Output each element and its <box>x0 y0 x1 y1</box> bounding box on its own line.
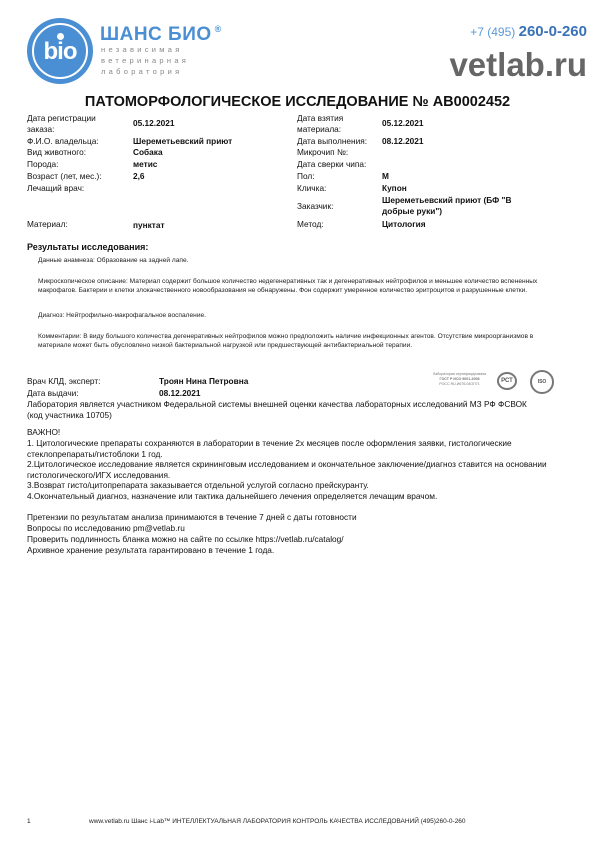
phone-number[interactable]: +7 (495) 260-0-260 <box>470 23 587 40</box>
questions-email[interactable]: Вопросы по исследованию pm@vetlab.ru <box>27 523 572 534</box>
label-age: Возраст (лет, мес.): <box>27 171 102 182</box>
site-link[interactable]: vetlab.ru <box>449 46 587 84</box>
brand-name-text: ШАНС БИО <box>100 24 212 45</box>
logo-text: bio <box>27 40 93 64</box>
value-issue-date: 08.12.2021 <box>159 388 201 399</box>
label-issue-date: Дата выдачи: <box>27 388 79 399</box>
brand-subtitle-3: лаборатория <box>101 67 182 76</box>
label-registration-date: Дата регистрации заказа: <box>27 113 117 134</box>
label-chip-check-date: Дата сверки чипа: <box>297 159 366 170</box>
label-completion-date: Дата выполнения: <box>297 136 367 147</box>
bio-logo: bio <box>27 18 93 84</box>
claims-period: Претензии по результатам анализа принима… <box>27 512 572 523</box>
phone-main: 260-0-260 <box>519 23 587 40</box>
important-heading: ВАЖНО! <box>27 427 572 438</box>
value-sex: М <box>382 171 389 182</box>
important-item-2: 2.Цитологическое исследование является с… <box>27 459 572 480</box>
value-owner: Шереметьевский приют <box>133 136 232 147</box>
value-material: пунктат <box>133 220 165 231</box>
comments-text: Комментарии: В виду большого количества … <box>38 332 558 350</box>
value-sample-date: 05.12.2021 <box>382 118 424 129</box>
important-item-3: 3.Возврат гисто/цитопрепарата заказывает… <box>27 480 572 491</box>
important-item-1: 1. Цитологические препараты сохраняются … <box>27 438 572 459</box>
certification-text: Лаборатория сертифицирована ГОСТ Р ИСО 9… <box>427 372 492 387</box>
value-expert: Троян Нина Петровна <box>159 376 248 387</box>
label-sample-date: Дата взятия материала: <box>297 113 377 134</box>
brand-subtitle-2: ветеринарная <box>101 56 189 65</box>
label-expert: Врач КЛД, эксперт: <box>27 376 100 387</box>
label-method: Метод: <box>297 219 324 230</box>
diagnosis-text: Диагноз: Нейтрофильно-макрофагальное вос… <box>38 311 558 320</box>
value-registration-date: 05.12.2021 <box>133 118 175 129</box>
value-breed: метис <box>133 159 157 170</box>
value-age: 2,6 <box>133 171 145 182</box>
label-microchip: Микрочип №: <box>297 147 348 158</box>
participation-text: Лаборатория является участником Федераль… <box>27 399 527 420</box>
registered-mark: ® <box>215 24 222 34</box>
anamnesis-text: Данные анамнеза: Образование на задней л… <box>38 256 558 265</box>
label-doctor: Лечащий врач: <box>27 183 84 194</box>
label-material: Материал: <box>27 219 68 230</box>
archive-storage: Архивное хранение результата гарантирова… <box>27 545 572 556</box>
brand-name: ШАНС БИО® <box>100 24 222 46</box>
phone-prefix: +7 (495) <box>470 25 515 39</box>
label-sex: Пол: <box>297 171 315 182</box>
value-method: Цитология <box>382 219 426 230</box>
iso-seal-icon: ISO <box>530 370 554 394</box>
footer-text: www.vetlab.ru Шанс i-Lab™ ИНТЕЛЛЕКТУАЛЬН… <box>89 818 466 825</box>
cert-line-3: РОСС RU.И676.04ОП71 <box>427 382 492 387</box>
microscopic-description: Микроскопическое описание: Материал соде… <box>38 277 558 295</box>
value-customer: Шереметьевский приют (БФ "В добрые руки"… <box>382 195 532 216</box>
label-breed: Порода: <box>27 159 58 170</box>
value-pet-name: Купон <box>382 183 407 194</box>
value-species: Собака <box>133 147 163 158</box>
page-number: 1 <box>27 818 31 825</box>
label-species: Вид животного: <box>27 147 86 158</box>
rst-certification-icon: РСТ <box>497 372 517 390</box>
label-owner: Ф.И.О. владельца: <box>27 136 99 147</box>
results-heading: Результаты исследования: <box>27 242 148 252</box>
important-item-4: 4.Окончательный диагноз, назначение или … <box>27 491 572 502</box>
label-customer: Заказчик: <box>297 201 333 212</box>
value-completion-date: 08.12.2021 <box>382 136 424 147</box>
label-pet-name: Кличка: <box>297 183 326 194</box>
page-title: ПАТОМОРФОЛОГИЧЕСКОЕ ИССЛЕДОВАНИЕ № АВ000… <box>0 94 595 110</box>
authenticity-link[interactable]: Проверить подлинность бланка можно на са… <box>27 534 572 545</box>
brand-subtitle-1: независимая <box>101 45 183 54</box>
